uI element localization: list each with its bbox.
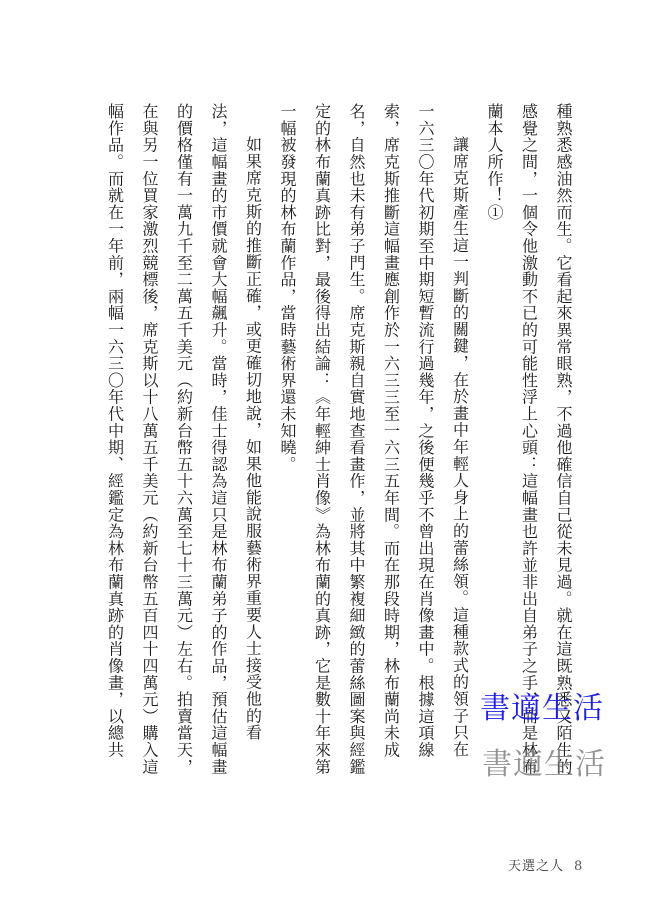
text-column-2: 感覺之間，一個令他激動不已的可能性浮上心頭：這幅畫也許並非出自弟子之手，而是林布 (520, 103, 538, 775)
watermark-blue: 書適生活 (480, 694, 604, 724)
text-column-12: 的價格僅有一萬九千至二萬五千美元（約新台幣五十六萬至七十三萬元）左右。拍賣當天， (175, 103, 193, 775)
text-column-10-paragraph-start: 如果席克斯的推斷正確，或更確切地說，如果他能說服藝術界重要人士接受他的看 (244, 136, 262, 741)
running-title: 天選之人 (508, 859, 564, 874)
text-column-1: 種熟悉感油然而生。它看起來異常眼熟，不過他確信自己從未見過。就在這既熟悉又陌生的 (554, 103, 572, 775)
text-column-3: 蘭本人所作！① (485, 103, 503, 221)
book-page: 種熟悉感油然而生。它看起來異常眼熟，不過他確信自己從未見過。就在這既熟悉又陌生的… (0, 0, 650, 923)
text-column-7: 名，自然也未有弟子門生。席克斯親自實地查看畫作，並將其中繁複細緻的蕾絲圖案與經鑑 (347, 103, 365, 775)
page-footer: 天選之人8 (508, 855, 583, 874)
text-column-13: 在與另一位買家激烈競標後，席克斯以十八萬五千美元（約新台幣五百四十四萬元）購入這 (140, 103, 158, 775)
text-column-5: 一六三〇年代初期至中期短暫流行過幾年，之後便幾乎不曾出現在肖像畫中。根據這項線 (416, 103, 434, 758)
text-column-4-paragraph-start: 讓席克斯產生這一判斷的關鍵，在於畫中年輕人身上的蕾絲領。這種款式的領子只在 (451, 136, 469, 758)
text-column-6: 索，席克斯推斷這幅畫應創作於一六三三至一六三五年間。而在那段時期，林布蘭尚未成 (382, 103, 400, 758)
watermark-gray: 書適生活 (482, 750, 606, 780)
text-column-8: 定的林布蘭真跡比對，最後得出結論：《年輕紳士肖像》為林布蘭的真跡，它是數十年來第 (313, 103, 331, 775)
text-column-11: 法，這幅畫的市價就會大幅飆升。當時，佳士得認為這只是林布蘭弟子的作品，預估這幅畫 (209, 103, 227, 775)
text-column-9: 一幅被發現的林布蘭作品，當時藝術界還未知曉。 (278, 103, 296, 473)
page-number: 8 (574, 859, 583, 874)
text-column-14: 幅作品。而就在一年前，兩幅一六三〇年代中期、經鑑定為林布蘭真跡的肖像畫，以總共 (106, 103, 124, 758)
